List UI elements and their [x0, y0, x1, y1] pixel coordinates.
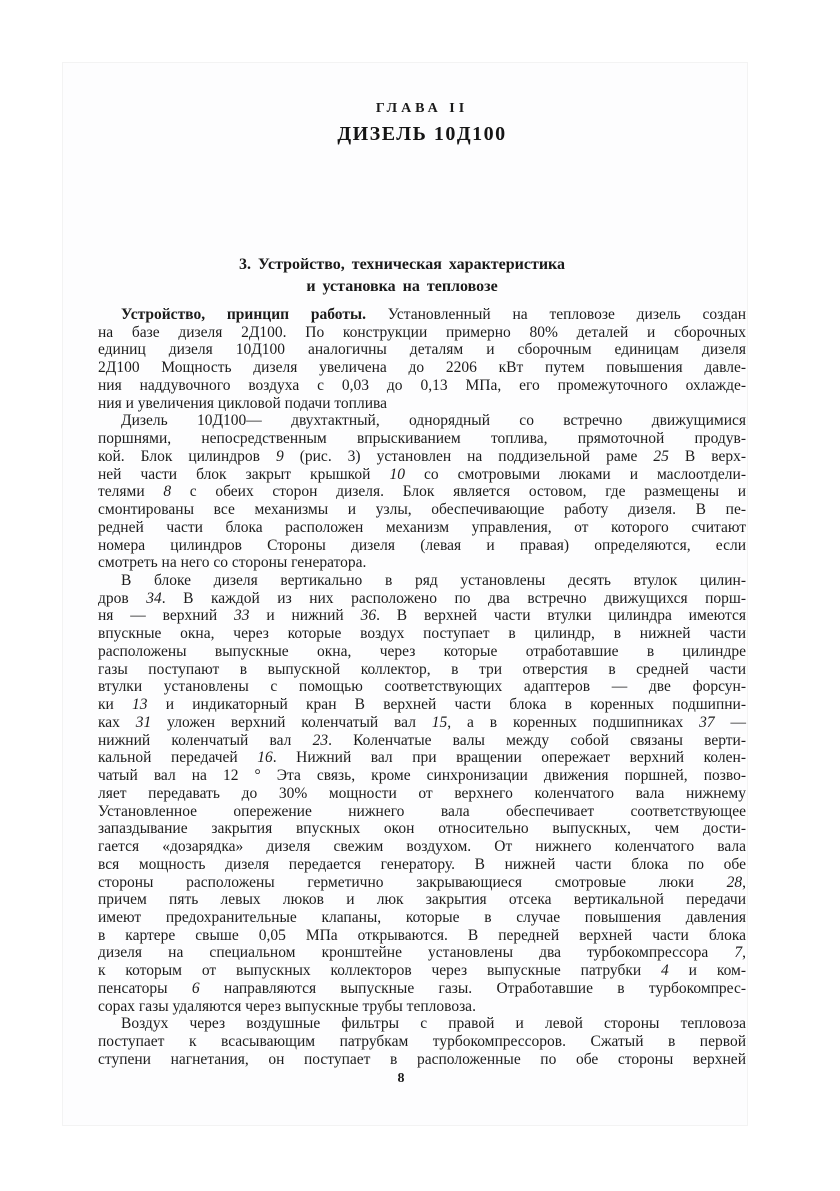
text-line: кальной передачей 16. Нижний вал при вра… [98, 749, 746, 767]
text-line: телями 8 с обеих сторон дизеля. Блок явл… [98, 483, 746, 501]
text-line: Дизель 10Д100— двухтактный, однорядный с… [98, 412, 746, 430]
text-line: 2Д100 Мощность дизеля увеличена до 2206 … [98, 359, 746, 377]
text-line: дров 34. В каждой из них расположено по … [98, 590, 746, 608]
text-line: смонтированы все механизмы и узлы, обесп… [98, 501, 746, 519]
text-line: сорах газы удаляются через выпускные тру… [98, 998, 746, 1016]
text-line: дизеля на специальном кронштейне установ… [98, 944, 746, 962]
text-line: в картере свыше 0,05 МПа открываются. В … [98, 927, 746, 945]
text-line: ки 13 и индикаторный кран В верхней част… [98, 696, 746, 714]
page-number: 8 [77, 1071, 725, 1087]
text-line: нижний коленчатый вал 23. Коленчатые вал… [98, 732, 746, 750]
text-line: ках 31 уложен верхний коленчатый вал 15,… [98, 714, 746, 732]
text-line: Установленное опережение нижнего вала об… [98, 803, 746, 821]
text-line: гается «дозарядка» дизеля свежим воздухо… [98, 838, 746, 856]
text-line: единиц дизеля 10Д100 аналогичны деталям … [98, 341, 746, 359]
text-line: ня — верхний 33 и нижний 36. В верхней ч… [98, 607, 746, 625]
text-line: поршнями, непосредственным впрыскиванием… [98, 430, 746, 448]
text-line: Устройство, принцип работы. Установленны… [98, 306, 746, 324]
text-line: Воздух через воздушные фильтры с правой … [98, 1015, 746, 1033]
text-line: кой. Блок цилиндров 9 (рис. 3) установле… [98, 448, 746, 466]
book-page: ГЛАВА II ДИЗЕЛЬ 10Д100 3. Устройство, те… [62, 62, 748, 1126]
text-line: вся мощность дизеля передается генератор… [98, 856, 746, 874]
text-line: имеют предохранительные клапаны, которые… [98, 909, 746, 927]
text-line: причем пять левых люков и люк закрытия о… [98, 891, 746, 909]
text-line: втулки установлены с помощью соответству… [98, 678, 746, 696]
text-line: смотреть на него со стороны генератора. [98, 554, 746, 572]
text-line: на базе дизеля 2Д100. По конструкции при… [98, 324, 746, 342]
text-line: ступени нагнетания, он поступает в распо… [98, 1051, 746, 1069]
text-line: В блоке дизеля вертикально в ряд установ… [98, 572, 746, 590]
text-line: чатый вал на 12 ° Эта связь, кроме синхр… [98, 767, 746, 785]
body-text: Устройство, принцип работы. Установленны… [98, 306, 746, 1069]
chapter-label: ГЛАВА II [98, 101, 746, 117]
text-line: газы поступают в выпускной коллектор, в … [98, 661, 746, 679]
text-line: поступает к всасывающим патрубкам турбок… [98, 1033, 746, 1051]
section-heading-line1: 3. Устройство, техническая характеристик… [78, 254, 726, 276]
text-line: ляет передавать до 30% мощности от верхн… [98, 785, 746, 803]
text-line: к которым от выпускных коллекторов через… [98, 962, 746, 980]
section-heading: 3. Устройство, техническая характеристик… [78, 254, 726, 297]
section-heading-line2: и установка на тепловозе [78, 276, 726, 298]
text-line: пенсаторы 6 направляются выпускные газы.… [98, 980, 746, 998]
text-line: впускные окна, через которые воздух пост… [98, 625, 746, 643]
text-line: ния и увеличения цикловой подачи топлива [98, 395, 746, 413]
text-line: номера цилиндров Стороны дизеля (левая и… [98, 537, 746, 555]
text-line: стороны расположены герметично закрывающ… [98, 874, 746, 892]
text-line: ней части блок закрыт крышкой 10 со смот… [98, 466, 746, 484]
text-line: редней части блока расположен механизм у… [98, 519, 746, 537]
scanned-document-background: ГЛАВА II ДИЗЕЛЬ 10Д100 3. Устройство, те… [0, 0, 840, 1191]
text-line: расположены выпускные окна, через которы… [98, 643, 746, 661]
text-line: ния наддувочного воздуха с 0,03 до 0,13 … [98, 377, 746, 395]
chapter-title: ДИЗЕЛЬ 10Д100 [98, 123, 746, 146]
text-line: запаздывание закрытия впускных окон отно… [98, 820, 746, 838]
